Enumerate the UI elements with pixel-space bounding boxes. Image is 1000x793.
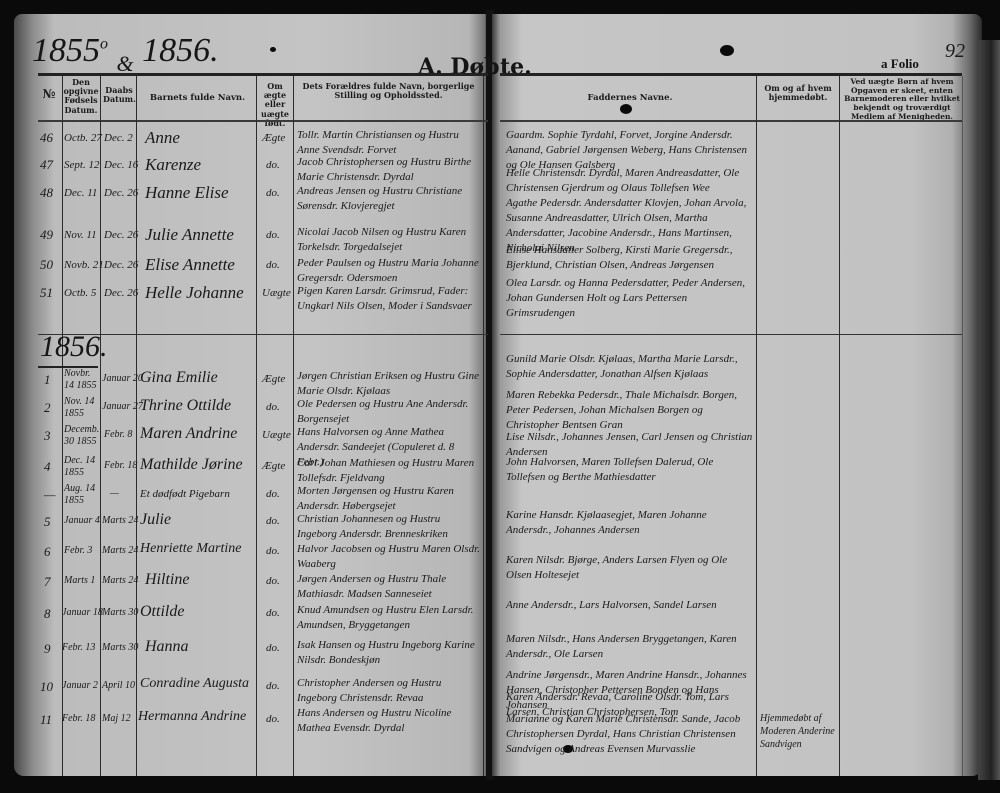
entry-baptism-date: — (110, 488, 119, 499)
entry-child-name: Hanne Elise (145, 183, 229, 203)
entry-legitimacy: do. (266, 642, 280, 654)
entry-sponsors: Maren Rebekka Pedersdr., Thale Michalsdr… (506, 388, 754, 433)
entry-baptism-date: Marts 24 (102, 515, 138, 526)
folio-label: a Folio (881, 56, 919, 72)
entry-legitimacy: Ægte (262, 460, 285, 472)
entry-child-name: Mathilde Jørine (140, 456, 243, 474)
entry-baptism-date: Januar 27 (102, 401, 143, 412)
entry-legitimacy: do. (266, 680, 280, 692)
entry-sponsors: Karine Hansdr. Kjølaasegjet, Maren Johan… (506, 508, 754, 538)
scanned-register-spread: 1855o & 1856. A. Døb № Den opgivne Fødse… (0, 0, 1000, 793)
entry-child-name: Gina Emilie (140, 369, 218, 387)
entry-parents: Ole Pedersen og Hustru Ane Andersdr. Bor… (297, 397, 481, 427)
entry-sponsors: John Halvorsen, Maren Tollefsen Dalerud,… (506, 455, 754, 485)
entry-sponsors: Gunild Marie Olsdr. Kjølaas, Martha Mari… (506, 352, 754, 382)
entry-parents: Pigen Karen Larsdr. Grimsrud, Fader: Ung… (297, 284, 481, 314)
year-heading: 1855o & 1856. (32, 32, 219, 70)
entry-number: 5 (44, 514, 51, 530)
ink-spot (270, 47, 276, 52)
ink-blot (720, 45, 734, 56)
entry-parents: Jørgen Christian Eriksen og Hustru Gine … (297, 369, 481, 399)
entry-parents: Halvor Jacobsen og Hustru Maren Olsdr. W… (297, 542, 481, 572)
entry-parents: Isak Hansen og Hustru Ingeborg Karine Ni… (297, 638, 481, 668)
entry-parents: Nicolai Jacob Nilsen og Hustru Karen Tor… (297, 225, 481, 255)
ink-blot (620, 104, 632, 114)
entry-number: 9 (44, 641, 51, 657)
entry-parents: Hans Andersen og Hustru Nicoline Mathea … (297, 706, 481, 736)
entry-child-name: Anne (145, 128, 180, 148)
entry-birth-date: Decemb. 30 1855 (64, 424, 100, 448)
entry-child-name: Maren Andrine (140, 425, 237, 443)
column-divider (136, 76, 137, 776)
entry-sponsors: Olea Larsdr. og Hanna Pedersdatter, Pede… (506, 276, 754, 321)
entry-birth-date: Novb. 21 (64, 259, 104, 271)
entry-birth-date: Febr. 3 (64, 545, 92, 556)
header-bottom-rule-right (500, 120, 962, 122)
entry-home-baptized: Hjemmedøbt af Moderen Anderine Sandvigen (760, 712, 838, 751)
entry-child-name: Julie (140, 511, 171, 529)
entry-number: 49 (40, 227, 53, 243)
entry-number: 4 (44, 459, 51, 475)
entry-legitimacy: do. (266, 229, 280, 241)
entry-number: 50 (40, 257, 53, 273)
entry-legitimacy: do. (266, 607, 280, 619)
entry-legitimacy: Ægte (262, 132, 285, 144)
entry-child-name: Julie Annette (145, 225, 234, 245)
column-header-informant: Ved uægte Børn af hvem Opgaven er skeet,… (841, 78, 963, 121)
column-header-child-name: Barnets fulde Navn. (140, 94, 255, 104)
page-edge-stack (978, 40, 1000, 780)
entry-number: 46 (40, 130, 53, 146)
column-divider (100, 76, 101, 776)
column-header-home-baptized: Om og af hvem hjemmedøbt. (758, 84, 838, 102)
entry-number: 1 (44, 372, 51, 388)
entry-sponsors: Helle Christensdr. Dyrdal, Maren Andreas… (506, 166, 754, 196)
entry-sponsors: Maren Nilsdr., Hans Andersen Bryggetange… (506, 632, 754, 662)
entry-parents: Morten Jørgensen og Hustru Karen Andersd… (297, 484, 481, 514)
entry-birth-date: Marts 1 (64, 575, 95, 586)
entry-child-name: Karenze (145, 155, 201, 175)
entry-parents: Tollr. Martin Christiansen og Hustru Ann… (297, 128, 481, 158)
entry-birth-date: Dec. 11 (64, 187, 97, 199)
entry-legitimacy: do. (266, 515, 280, 527)
entry-child-name: Conradine Augusta (140, 676, 249, 692)
entry-baptism-date: Febr. 8 (104, 429, 132, 440)
section-separator-right (500, 334, 962, 335)
entry-birth-date: Novbr. 14 1855 (64, 368, 100, 392)
entry-number: 6 (44, 544, 51, 560)
entry-child-name: Elise Annette (145, 255, 235, 275)
column-header-parents: Dets Forældres fulde Navn, borgerlige St… (296, 82, 481, 100)
column-divider (62, 76, 63, 776)
entry-birth-date: Febr. 18 (62, 713, 95, 724)
entry-legitimacy: Uægte (262, 287, 291, 299)
entry-sponsors: Marianne og Karen Marie Christensdr. San… (506, 712, 754, 757)
entry-legitimacy: do. (266, 159, 280, 171)
entry-baptism-date: April 10 (102, 680, 135, 691)
entry-number: 48 (40, 185, 53, 201)
entry-parents: Peder Paulsen og Hustru Maria Johanne Gr… (297, 256, 481, 286)
entry-birth-date: Januar 4 (64, 515, 100, 526)
entry-number: 10 (40, 679, 53, 695)
entry-birth-date: Febr. 13 (62, 642, 95, 653)
entry-child-name: Hermanna Andrine (138, 709, 246, 725)
entry-number: 11 (40, 712, 52, 728)
column-divider (256, 76, 257, 776)
entry-baptism-date: Dec. 16 (104, 159, 138, 171)
entry-baptism-date: Dec. 2 (104, 132, 133, 144)
entry-birth-date: Januar 2 (62, 680, 98, 691)
entry-legitimacy: do. (266, 401, 280, 413)
entry-parents: Knud Amundsen og Hustru Elen Larsdr. Amu… (297, 603, 481, 633)
year-1856: 1856. (142, 32, 219, 69)
entry-baptism-date: Marts 30 (102, 607, 138, 618)
column-divider (962, 76, 963, 776)
entry-child-name: Thrine Ottilde (140, 397, 231, 415)
column-header-birth-date: Den opgivne Fødsels Datum. (63, 78, 99, 115)
year-1856-heading: 1856. (40, 330, 108, 364)
entry-legitimacy: Uægte (262, 429, 291, 441)
entry-birth-date: Octb. 27 (64, 132, 102, 144)
entry-baptism-date: Marts 24 (102, 545, 138, 556)
entry-legitimacy: Ægte (262, 373, 285, 385)
entry-baptism-date: Dec. 26 (104, 259, 138, 271)
entry-birth-date: Octb. 5 (64, 287, 96, 299)
entry-baptism-date: Januar 20 (102, 373, 143, 384)
entry-child-name: Et dødfødt Pigebarn (140, 488, 230, 500)
entry-number: 3 (44, 428, 51, 444)
entry-legitimacy: do. (266, 713, 280, 725)
entry-number: 7 (44, 574, 51, 590)
column-header-number: № (38, 88, 60, 102)
entry-child-name: Helle Johanne (145, 283, 244, 303)
entry-birth-date: Nov. 11 (64, 229, 97, 241)
entry-birth-date: Aug. 14 1855 (64, 483, 100, 507)
entry-legitimacy: do. (266, 187, 280, 199)
entry-parents: Jørgen Andersen og Hustru Thale Mathiasd… (297, 572, 481, 602)
entry-number: — (44, 487, 56, 503)
header-bottom-rule (38, 120, 488, 122)
entry-baptism-date: Febr. 18 (104, 460, 137, 471)
entry-child-name: Hiltine (145, 571, 189, 589)
entry-legitimacy: do. (266, 545, 280, 557)
entry-number: 47 (40, 157, 53, 173)
entry-parents: Andreas Jensen og Hustru Christiane Søre… (297, 184, 481, 214)
entry-legitimacy: do. (266, 575, 280, 587)
entry-birth-date: Nov. 14 1855 (64, 396, 100, 420)
column-header-sponsors: Faddernes Navne. (520, 94, 740, 104)
entry-baptism-date: Dec. 26 (104, 229, 138, 241)
entry-child-name: Henriette Martine (140, 541, 241, 557)
entry-baptism-date: Dec. 26 (104, 187, 138, 199)
column-divider (293, 76, 294, 776)
entry-legitimacy: do. (266, 488, 280, 500)
header-top-rule-right (500, 73, 962, 76)
column-divider (483, 76, 484, 776)
folio-number: 92 (945, 40, 965, 63)
entry-child-name: Hanna (145, 638, 189, 656)
entry-parents: Carl Johan Mathiesen og Hustru Maren Tol… (297, 456, 481, 486)
entry-baptism-date: Maj 12 (102, 713, 131, 724)
section-title-left: A. Døb (418, 54, 500, 80)
column-divider (756, 76, 757, 776)
column-header-baptism-date: Daabs Datum. (103, 86, 135, 104)
entry-legitimacy: do. (266, 259, 280, 271)
entry-birth-date: Dec. 14 1855 (64, 455, 100, 479)
entry-number: 2 (44, 400, 51, 416)
entry-birth-date: Sept. 12 (64, 159, 99, 171)
entry-birth-date: Januar 18 (62, 607, 103, 618)
entry-sponsors: Anne Andersdr., Lars Halvorsen, Sandel L… (506, 598, 754, 613)
entry-sponsors: Ellise Hansdatter Solberg, Kirsti Marie … (506, 243, 754, 273)
column-divider (839, 76, 840, 776)
entry-number: 8 (44, 606, 51, 622)
entry-parents: Christian Johannesen og Hustru Ingeborg … (297, 512, 481, 542)
entry-sponsors: Karen Nilsdr. Bjørge, Anders Larsen Flye… (506, 553, 754, 583)
entry-parents: Jacob Christophersen og Hustru Birthe Ma… (297, 155, 481, 185)
header-top-rule (38, 73, 488, 76)
section-title-right: te. (500, 54, 532, 80)
year-1855: 1855 (32, 32, 100, 69)
entry-baptism-date: Marts 30 (102, 642, 138, 653)
entry-parents: Christopher Andersen og Hustru Ingeborg … (297, 676, 481, 706)
entry-baptism-date: Dec. 26 (104, 287, 138, 299)
entry-number: 51 (40, 285, 53, 301)
entry-baptism-date: Marts 24 (102, 575, 138, 586)
entry-child-name: Ottilde (140, 603, 184, 621)
